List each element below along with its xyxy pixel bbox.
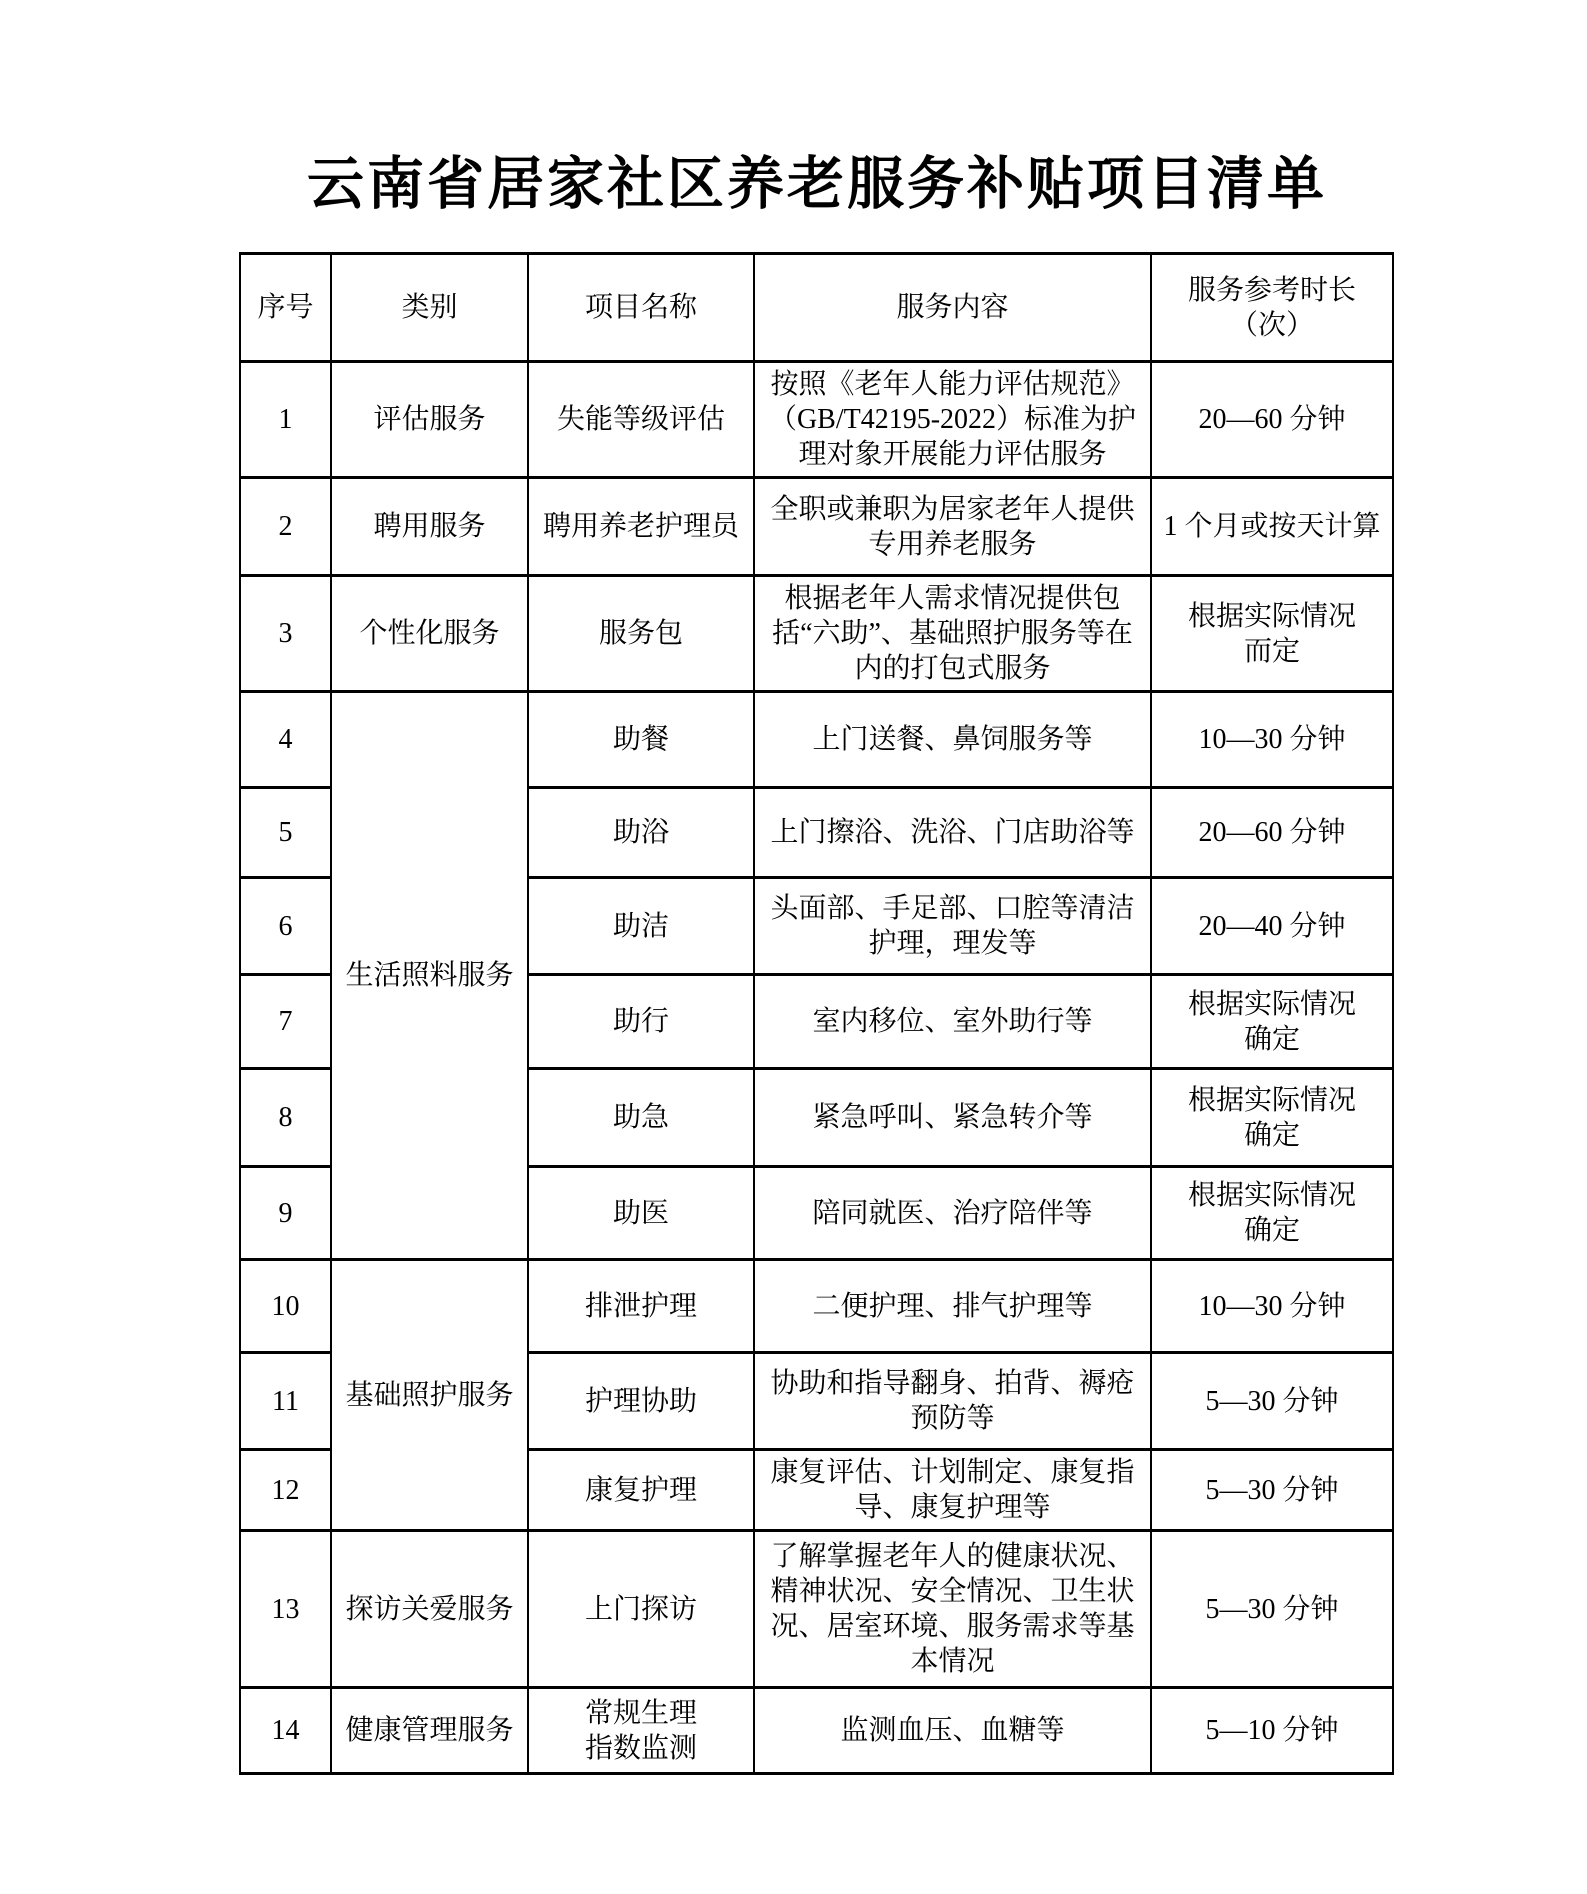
row-name: 失能等级评估 <box>528 362 754 478</box>
row-duration: 5—30 分钟 <box>1151 1450 1393 1531</box>
table-row: 2 聘用服务 聘用养老护理员 全职或兼职为居家老年人提供专用养老服务 1 个月或… <box>240 478 1393 576</box>
row-name: 助医 <box>528 1167 754 1260</box>
row-content: 康复评估、计划制定、康复指导、康复护理等 <box>754 1450 1151 1531</box>
row-duration: 1 个月或按天计算 <box>1151 478 1393 576</box>
page-title: 云南省居家社区养老服务补贴项目清单 <box>217 138 1417 220</box>
services-table: 序号 类别 项目名称 服务内容 服务参考时长 （次） 1 评估服务 失能等级评估… <box>239 252 1394 1775</box>
row-duration: 根据实际情况 确定 <box>1151 1069 1393 1167</box>
row-name: 护理协助 <box>528 1353 754 1450</box>
row-duration: 10—30 分钟 <box>1151 692 1393 788</box>
row-name: 排泄护理 <box>528 1260 754 1353</box>
row-duration: 根据实际情况 确定 <box>1151 975 1393 1069</box>
row-duration: 根据实际情况 而定 <box>1151 576 1393 692</box>
row-content: 了解掌握老年人的健康状况、精神状况、安全情况、卫生状况、居室环境、服务需求等基本… <box>754 1531 1151 1688</box>
row-category-merged-basic-care: 基础照护服务 <box>331 1260 528 1531</box>
table-header-row: 序号 类别 项目名称 服务内容 服务参考时长 （次） <box>240 254 1393 362</box>
row-category-merged-life-care: 生活照料服务 <box>331 692 528 1260</box>
row-no: 12 <box>240 1450 331 1531</box>
row-no: 7 <box>240 975 331 1069</box>
table-row: 3 个性化服务 服务包 根据老年人需求情况提供包括“六助”、基础照护服务等在内的… <box>240 576 1393 692</box>
table-row: 10 基础照护服务 排泄护理 二便护理、排气护理等 10—30 分钟 <box>240 1260 1393 1353</box>
row-content: 紧急呼叫、紧急转介等 <box>754 1069 1151 1167</box>
row-content: 上门送餐、鼻饲服务等 <box>754 692 1151 788</box>
row-no: 10 <box>240 1260 331 1353</box>
row-content: 二便护理、排气护理等 <box>754 1260 1151 1353</box>
row-category: 评估服务 <box>331 362 528 478</box>
header-duration: 服务参考时长 （次） <box>1151 254 1393 362</box>
row-content: 上门擦浴、洗浴、门店助浴等 <box>754 788 1151 878</box>
row-name: 聘用养老护理员 <box>528 478 754 576</box>
row-no: 5 <box>240 788 331 878</box>
row-name: 助浴 <box>528 788 754 878</box>
row-name: 康复护理 <box>528 1450 754 1531</box>
row-name: 助急 <box>528 1069 754 1167</box>
row-duration: 20—60 分钟 <box>1151 788 1393 878</box>
table-row: 14 健康管理服务 常规生理 指数监测 监测血压、血糖等 5—10 分钟 <box>240 1688 1393 1774</box>
row-no: 6 <box>240 878 331 975</box>
row-no: 4 <box>240 692 331 788</box>
row-content: 陪同就医、治疗陪伴等 <box>754 1167 1151 1260</box>
row-category: 聘用服务 <box>331 478 528 576</box>
row-category: 健康管理服务 <box>331 1688 528 1774</box>
table-row: 13 探访关爱服务 上门探访 了解掌握老年人的健康状况、精神状况、安全情况、卫生… <box>240 1531 1393 1688</box>
row-no: 9 <box>240 1167 331 1260</box>
row-name: 常规生理 指数监测 <box>528 1688 754 1774</box>
row-no: 14 <box>240 1688 331 1774</box>
row-no: 1 <box>240 362 331 478</box>
row-no: 2 <box>240 478 331 576</box>
row-name: 助行 <box>528 975 754 1069</box>
row-content: 头面部、手足部、口腔等清洁护理，理发等 <box>754 878 1151 975</box>
row-duration: 5—30 分钟 <box>1151 1353 1393 1450</box>
row-name: 上门探访 <box>528 1531 754 1688</box>
row-duration: 10—30 分钟 <box>1151 1260 1393 1353</box>
row-no: 11 <box>240 1353 331 1450</box>
row-duration: 5—30 分钟 <box>1151 1531 1393 1688</box>
row-duration: 5—10 分钟 <box>1151 1688 1393 1774</box>
row-no: 3 <box>240 576 331 692</box>
row-content: 室内移位、室外助行等 <box>754 975 1151 1069</box>
row-content: 按照《老年人能力评估规范》（GB/T42195-2022）标准为护理对象开展能力… <box>754 362 1151 478</box>
header-content: 服务内容 <box>754 254 1151 362</box>
row-content: 协助和指导翻身、拍背、褥疮预防等 <box>754 1353 1151 1450</box>
header-category: 类别 <box>331 254 528 362</box>
row-duration: 20—40 分钟 <box>1151 878 1393 975</box>
row-name: 助餐 <box>528 692 754 788</box>
header-name: 项目名称 <box>528 254 754 362</box>
header-no: 序号 <box>240 254 331 362</box>
row-name: 服务包 <box>528 576 754 692</box>
row-no: 8 <box>240 1069 331 1167</box>
row-content: 监测血压、血糖等 <box>754 1688 1151 1774</box>
row-name: 助洁 <box>528 878 754 975</box>
row-content: 根据老年人需求情况提供包括“六助”、基础照护服务等在内的打包式服务 <box>754 576 1151 692</box>
table-row: 4 生活照料服务 助餐 上门送餐、鼻饲服务等 10—30 分钟 <box>240 692 1393 788</box>
row-duration: 20—60 分钟 <box>1151 362 1393 478</box>
table-row: 1 评估服务 失能等级评估 按照《老年人能力评估规范》（GB/T42195-20… <box>240 362 1393 478</box>
row-duration: 根据实际情况 确定 <box>1151 1167 1393 1260</box>
row-category: 个性化服务 <box>331 576 528 692</box>
row-no: 13 <box>240 1531 331 1688</box>
row-content: 全职或兼职为居家老年人提供专用养老服务 <box>754 478 1151 576</box>
row-category: 探访关爱服务 <box>331 1531 528 1688</box>
